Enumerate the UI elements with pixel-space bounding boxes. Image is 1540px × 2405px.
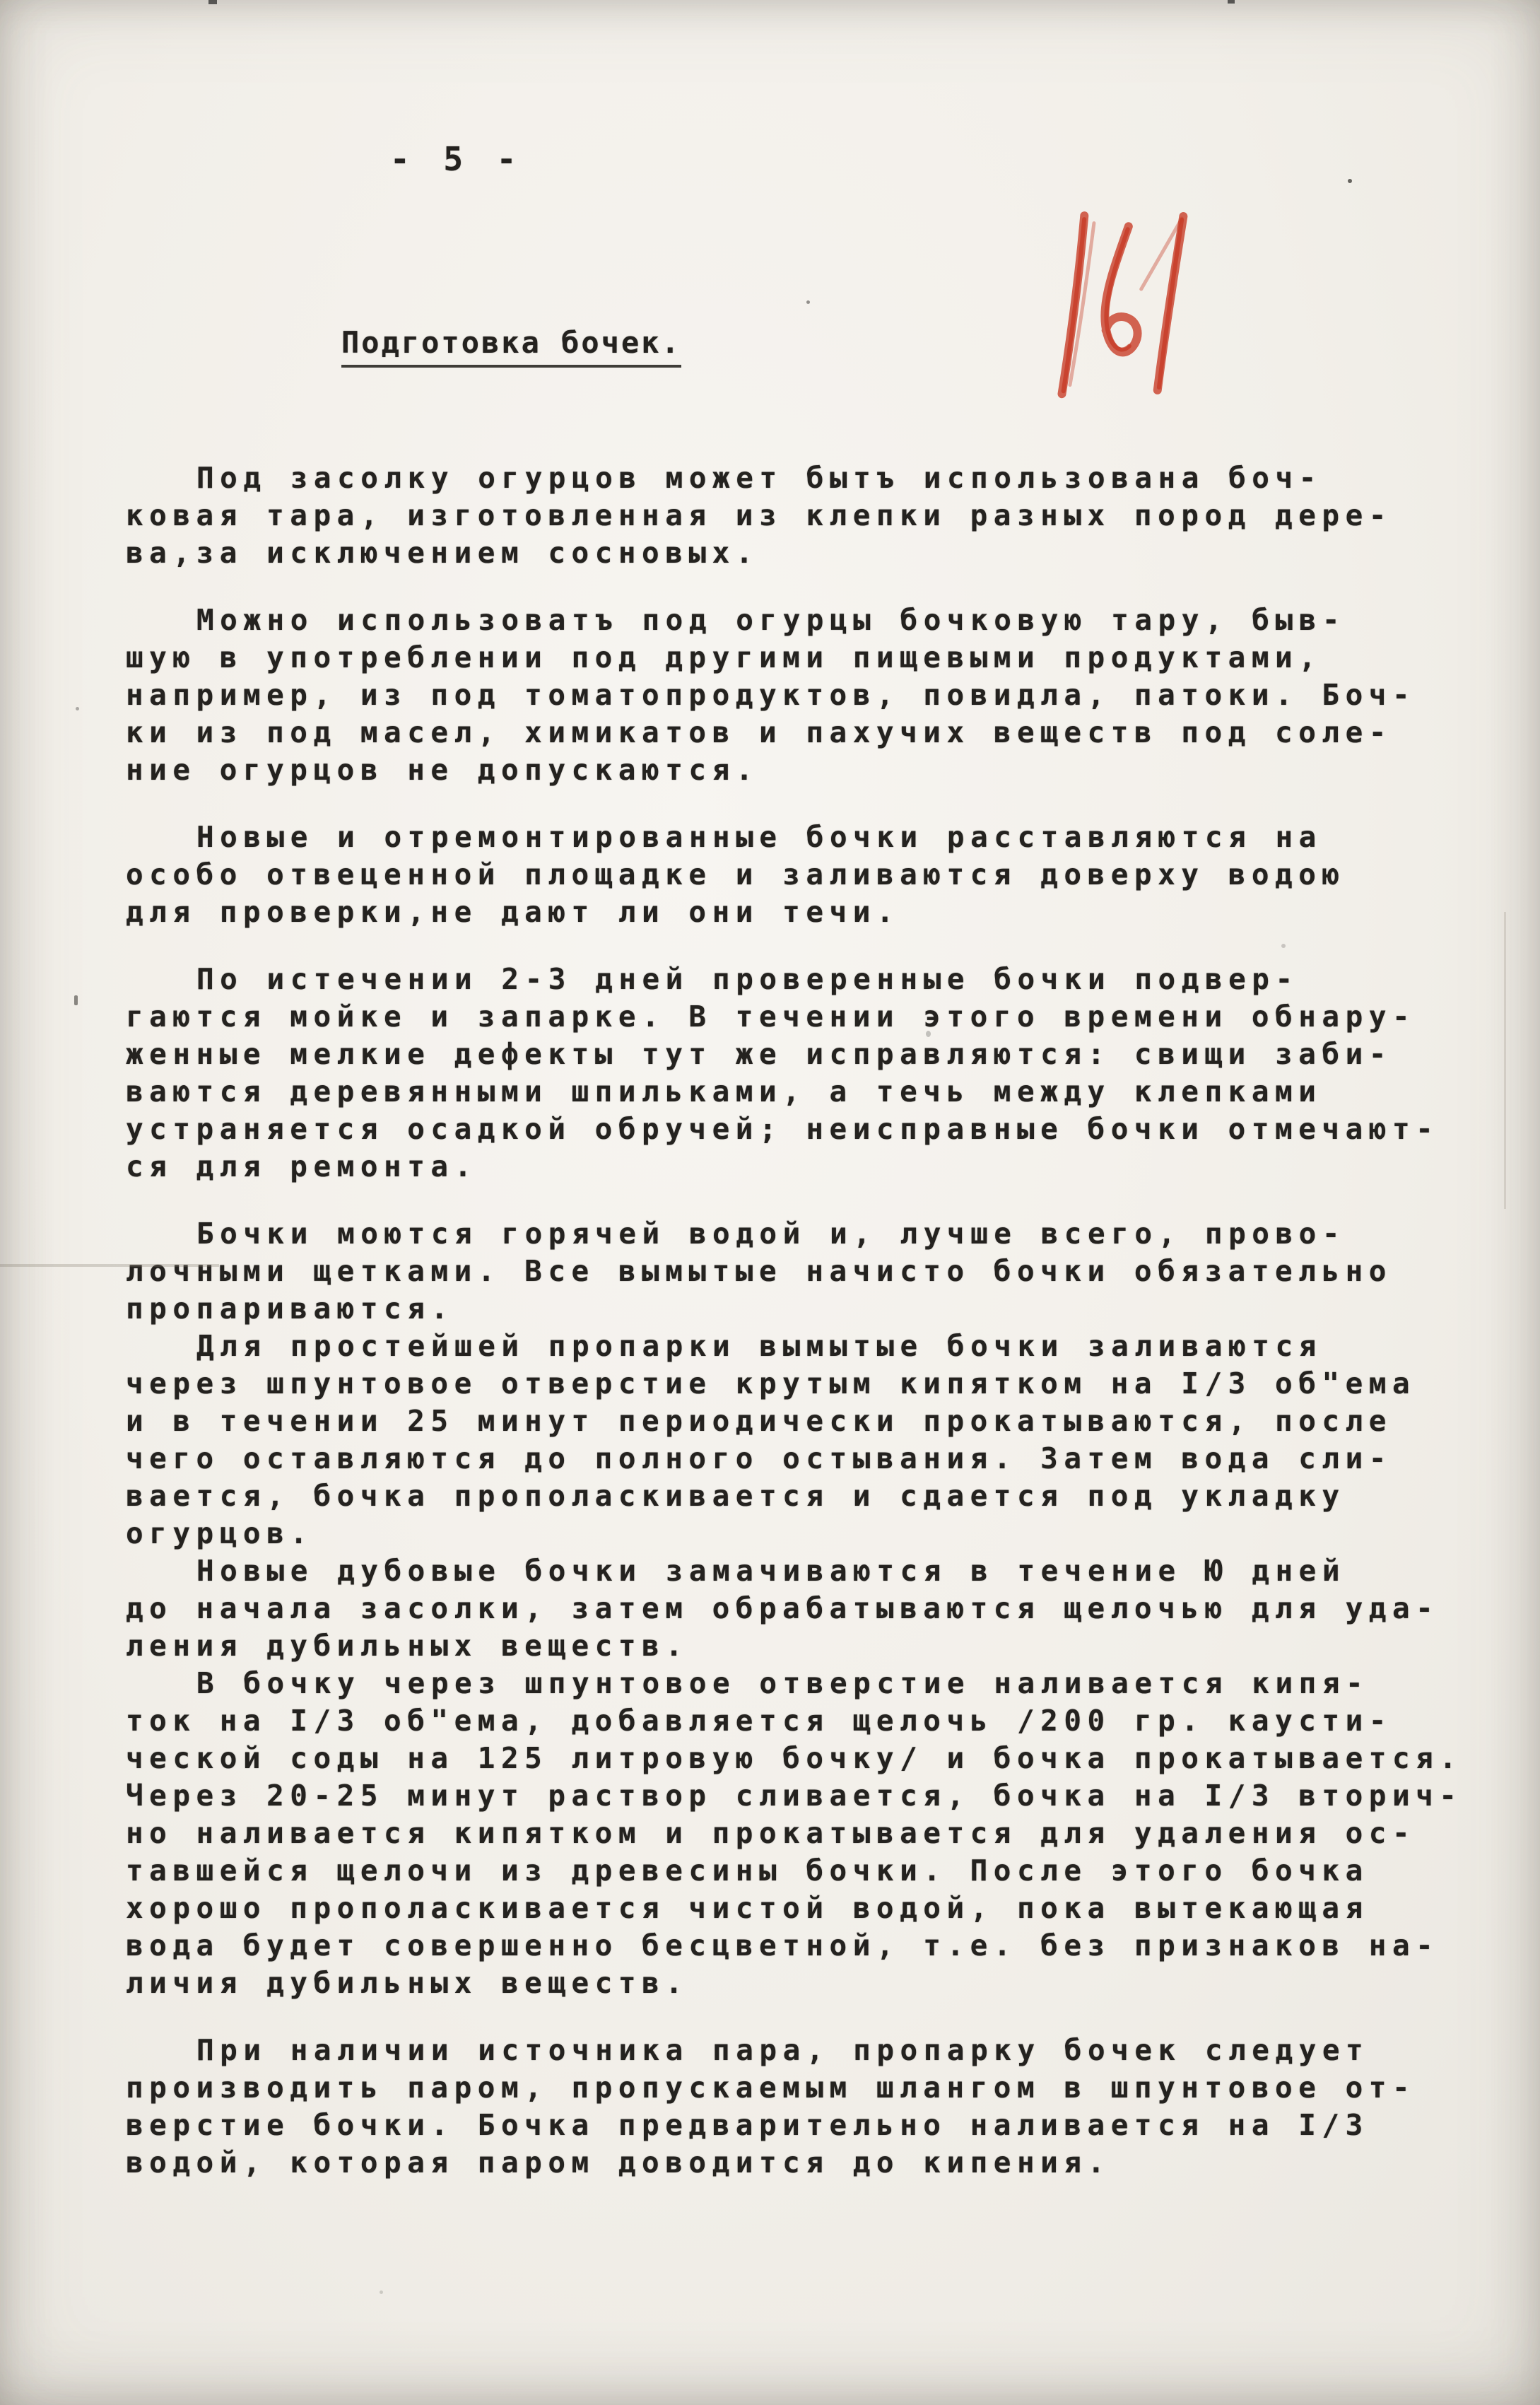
text-line: и в течении 25 минут периодически прокат… — [126, 1403, 1497, 1440]
text-line: водой, которая паром доводится до кипени… — [126, 2144, 1497, 2182]
document-title: Подготовка бочек. — [341, 325, 681, 368]
text-line: ние огурцов не допускаются. — [126, 751, 1497, 789]
text-line: лочными щетками. Все вымытые начисто боч… — [126, 1253, 1497, 1290]
paragraph: Новые дубовые бочки замачиваются в течен… — [126, 1552, 1497, 1665]
text-line: ваются деревянными шпильками, а течь меж… — [126, 1073, 1497, 1111]
handwritten-number — [1041, 189, 1201, 417]
text-line: чего оставляются до полного остывания. З… — [126, 1440, 1497, 1477]
text-line: По истечении 2-3 дней проверенные бочки … — [126, 961, 1497, 998]
text-line: Через 20-25 минут раствор сливается, боч… — [126, 1777, 1497, 1815]
text-line: женные мелкие дефекты тут же исправляютс… — [126, 1036, 1497, 1073]
text-line: пропариваются. — [126, 1290, 1497, 1328]
page-number: - 5 - — [390, 140, 523, 178]
scanned-document-page: - 5 - Подготовка бочек. Под засолку огур… — [0, 0, 1540, 2405]
text-line: ковая тара, изготовленная из клепки разн… — [126, 497, 1497, 534]
text-line: ва,за исключением сосновых. — [126, 534, 1497, 572]
document-body: Под засолку огурцов может бытъ использов… — [126, 460, 1497, 2182]
paper-speck — [806, 300, 810, 304]
crease-line — [1504, 912, 1506, 1209]
text-line: производить паром, пропускаемым шлангом … — [126, 2069, 1497, 2107]
text-line: до начала засолки, затем обрабатываются … — [126, 1590, 1497, 1627]
text-line: ления дубильных веществ. — [126, 1627, 1497, 1665]
handwritten-digit-1b-core — [1159, 219, 1182, 388]
paragraph: Под засолку огурцов может бытъ использов… — [126, 460, 1497, 572]
text-line: особо отвеценной площадке и заливаются д… — [126, 856, 1497, 894]
margin-ink-tick — [74, 995, 78, 1005]
text-line: верстие бочки. Бочка предварительно нали… — [126, 2107, 1497, 2144]
text-line: гаются мойке и запарке. В течении этого … — [126, 998, 1497, 1036]
text-line: ся для ремонта. — [126, 1148, 1497, 1186]
paragraph: Новые и отремонтированные бочки расставл… — [126, 819, 1497, 931]
scan-edge-mark — [1228, 0, 1235, 4]
paragraph: Для простейшей пропарки вымытые бочки за… — [126, 1328, 1497, 1552]
paper-speck — [76, 707, 79, 710]
text-line: Новые и отремонтированные бочки расставл… — [126, 819, 1497, 856]
text-line: вода будет совершенно бесцветной, т.е. б… — [126, 1927, 1497, 1965]
text-line: хорошо прополаскивается чистой водой, по… — [126, 1890, 1497, 1927]
text-line: например, из под томатопродуктов, повидл… — [126, 677, 1497, 714]
text-line: шую в употреблении под другими пищевыми … — [126, 639, 1497, 677]
paragraph: Бочки моются горячей водой и, лучше всег… — [126, 1215, 1497, 1328]
text-line: но наливается кипятком и прокатывается д… — [126, 1815, 1497, 1852]
text-line: через шпунтовое отверстие крутым кипятко… — [126, 1365, 1497, 1403]
text-line: вается, бочка прополаскивается и сдается… — [126, 1477, 1497, 1515]
text-line: Для простейшей пропарки вымытые бочки за… — [126, 1328, 1497, 1365]
paper-speck — [1281, 944, 1286, 948]
text-line: Новые дубовые бочки замачиваются в течен… — [126, 1552, 1497, 1590]
text-line: огурцов. — [126, 1515, 1497, 1552]
crease-line — [0, 1264, 219, 1267]
text-line: ки из под масел, химикатов и пахучих вещ… — [126, 714, 1497, 751]
text-line: ток на I/3 об"ема, добавляется щелочь /2… — [126, 1702, 1497, 1740]
text-line: устраняется осадкой обручей; неисправные… — [126, 1111, 1497, 1148]
text-line: Бочки моются горячей водой и, лучше всег… — [126, 1215, 1497, 1253]
scan-edge-mark — [208, 0, 217, 4]
text-line: В бочку через шпунтовое отверстие налива… — [126, 1665, 1497, 1702]
paragraph: При наличии источника пара, пропарку боч… — [126, 2032, 1497, 2182]
paper-speck — [1348, 179, 1352, 183]
text-line: Под засолку огурцов может бытъ использов… — [126, 460, 1497, 497]
text-line: При наличии источника пара, пропарку боч… — [126, 2032, 1497, 2069]
paragraph: По истечении 2-3 дней проверенные бочки … — [126, 961, 1497, 1186]
paragraph: Можно использоватъ под огурцы бочковую т… — [126, 602, 1497, 789]
text-line: ческой соды на 125 литровую бочку/ и боч… — [126, 1740, 1497, 1777]
paragraph: В бочку через шпунтовое отверстие налива… — [126, 1665, 1497, 2002]
paper-speck — [380, 2290, 383, 2294]
paper-speck — [926, 1031, 931, 1037]
text-line: тавшейся щелочи из древесины бочки. Посл… — [126, 1852, 1497, 1890]
text-line: для проверки,не дают ли они течи. — [126, 894, 1497, 931]
text-line: Можно использоватъ под огурцы бочковую т… — [126, 602, 1497, 639]
text-line: личия дубильных веществ. — [126, 1965, 1497, 2002]
